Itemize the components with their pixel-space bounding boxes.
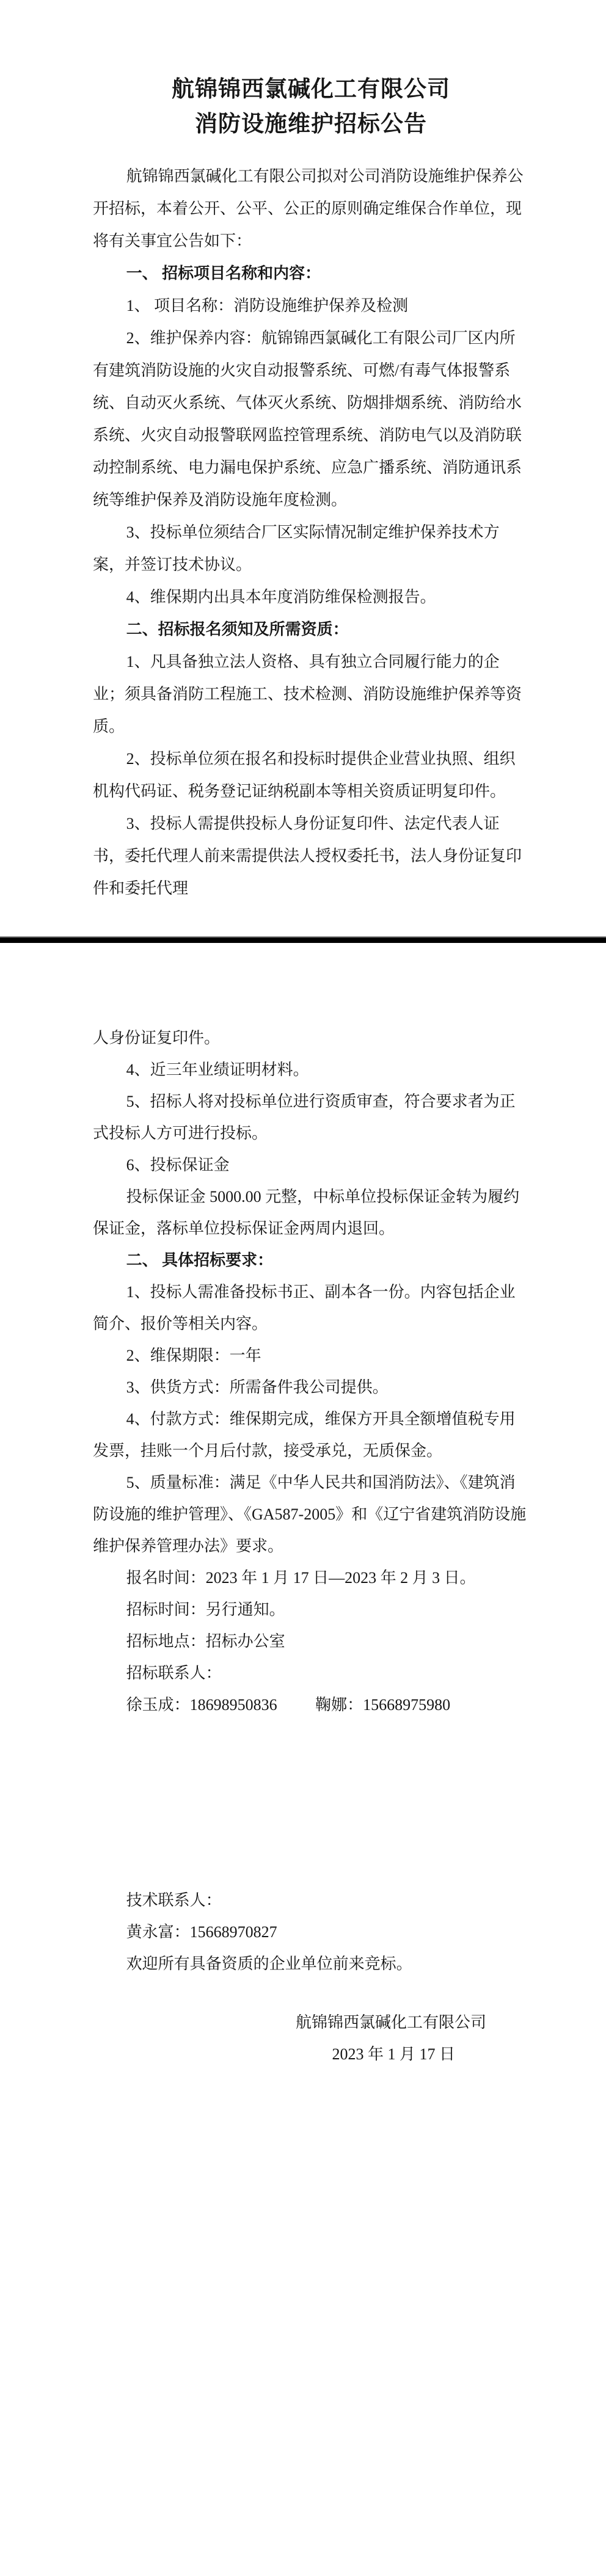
page-two-content: 人身份证复印件。 4、近三年业绩证明材料。 5、招标人将对投标单位进行资质审查，… — [93, 1022, 529, 2070]
tender-time-line: 招标时间：另行通知。 — [93, 1594, 529, 1626]
section3-item-1: 1、投标人需准备投标书正、副本各一份。内容包括企业简介、报价等相关内容。 — [93, 1276, 529, 1340]
section2-item-1: 1、凡具备独立法人资格、具有独立合同履行能力的企业；须具备消防工程施工、技术检测… — [93, 646, 529, 743]
section3-item-4: 4、付款方式：维保期完成，维保方开具全额增值税专用发票，挂账一个月后付款，接受承… — [93, 1403, 529, 1467]
section2-item-2: 2、投标单位须在报名和投标时提供企业营业执照、组织机构代码证、税务登记证纳税副本… — [93, 743, 529, 807]
section2-item-3-continuation: 人身份证复印件。 — [93, 1022, 529, 1054]
document-title-line1: 航锦锦西氯碱化工有限公司 — [93, 72, 529, 107]
section2-item-3: 3、投标人需提供投标人身份证复印件、法定代表人证书，委托代理人前来需提供法人授权… — [93, 807, 529, 904]
section3-item-2: 2、维保期限：一年 — [93, 1340, 529, 1372]
section1-item-2: 2、维护保养内容：航锦锦西氯碱化工有限公司厂区内所有建筑消防设施的火灾自动报警系… — [93, 322, 529, 516]
document-content: 航锦锦西氯碱化工有限公司 消防设施维护招标公告 航锦锦西氯碱化工有限公司拟对公司… — [0, 0, 606, 2070]
scanned-tender-document: 航锦锦西氯碱化工有限公司 消防设施维护招标公告 航锦锦西氯碱化工有限公司拟对公司… — [0, 0, 606, 2576]
tender-contacts-line: 徐玉成：18698950836 鞠娜：15668975980 — [93, 1689, 529, 1721]
welcome-line: 欢迎所有具备资质的企业单位前来竞标。 — [93, 1948, 529, 1980]
section2-item-4: 4、近三年业绩证明材料。 — [93, 1054, 529, 1086]
intro-paragraph: 航锦锦西氯碱化工有限公司拟对公司消防设施维护保养公开招标，本着公开、公平、公正的… — [93, 160, 529, 257]
section1-item-4: 4、维保期内出具本年度消防维保检测报告。 — [93, 581, 529, 613]
tender-contact-label: 招标联系人： — [93, 1657, 529, 1689]
contact-person-1: 徐玉成：18698950836 — [126, 1696, 277, 1714]
section2-item-6: 6、投标保证金 — [93, 1149, 529, 1181]
section1-heading: 一、 招标项目名称和内容： — [93, 257, 529, 289]
section3-heading: 二、 具体招标要求： — [93, 1245, 529, 1276]
technical-contact-block: 技术联系人： 黄永富：15668970827 欢迎所有具备资质的企业单位前来竞标… — [93, 1885, 529, 1980]
technical-contact-person: 黄永富：15668970827 — [93, 1916, 529, 1948]
registration-time-line: 报名时间：2023 年 1 月 17 日—2023 年 2 月 3 日。 — [93, 1562, 529, 1594]
tender-location-line: 招标地点：招标办公室 — [93, 1626, 529, 1657]
section3-item-5: 5、质量标准：满足《中华人民共和国消防法》、《建筑消防设施的维护管理》、《GA5… — [93, 1467, 529, 1562]
signature-company: 航锦锦西氯碱化工有限公司 — [93, 2007, 529, 2039]
section1-item-3: 3、投标单位须结合厂区实际情况制定维护保养技术方案，并签订技术协议。 — [93, 516, 529, 581]
contact-person-2: 鞠娜：15668975980 — [315, 1696, 450, 1714]
section3-item-3: 3、供货方式：所需备件我公司提供。 — [93, 1372, 529, 1403]
page-separator-bar — [0, 936, 606, 943]
technical-contact-label: 技术联系人： — [93, 1885, 529, 1916]
section1-item-1: 1、 项目名称：消防设施维护保养及检测 — [93, 289, 529, 322]
bid-deposit-paragraph: 投标保证金 5000.00 元整，中标单位投标保证金转为履约保证金，落标单位投标… — [93, 1181, 529, 1245]
document-title-line2: 消防设施维护招标公告 — [93, 107, 529, 142]
section2-item-5: 5、招标人将对投标单位进行资质审查，符合要求者为正式投标人方可进行投标。 — [93, 1086, 529, 1149]
signature-date: 2023 年 1 月 17 日 — [93, 2039, 529, 2070]
section2-heading: 二、招标报名须知及所需资质： — [93, 613, 529, 646]
